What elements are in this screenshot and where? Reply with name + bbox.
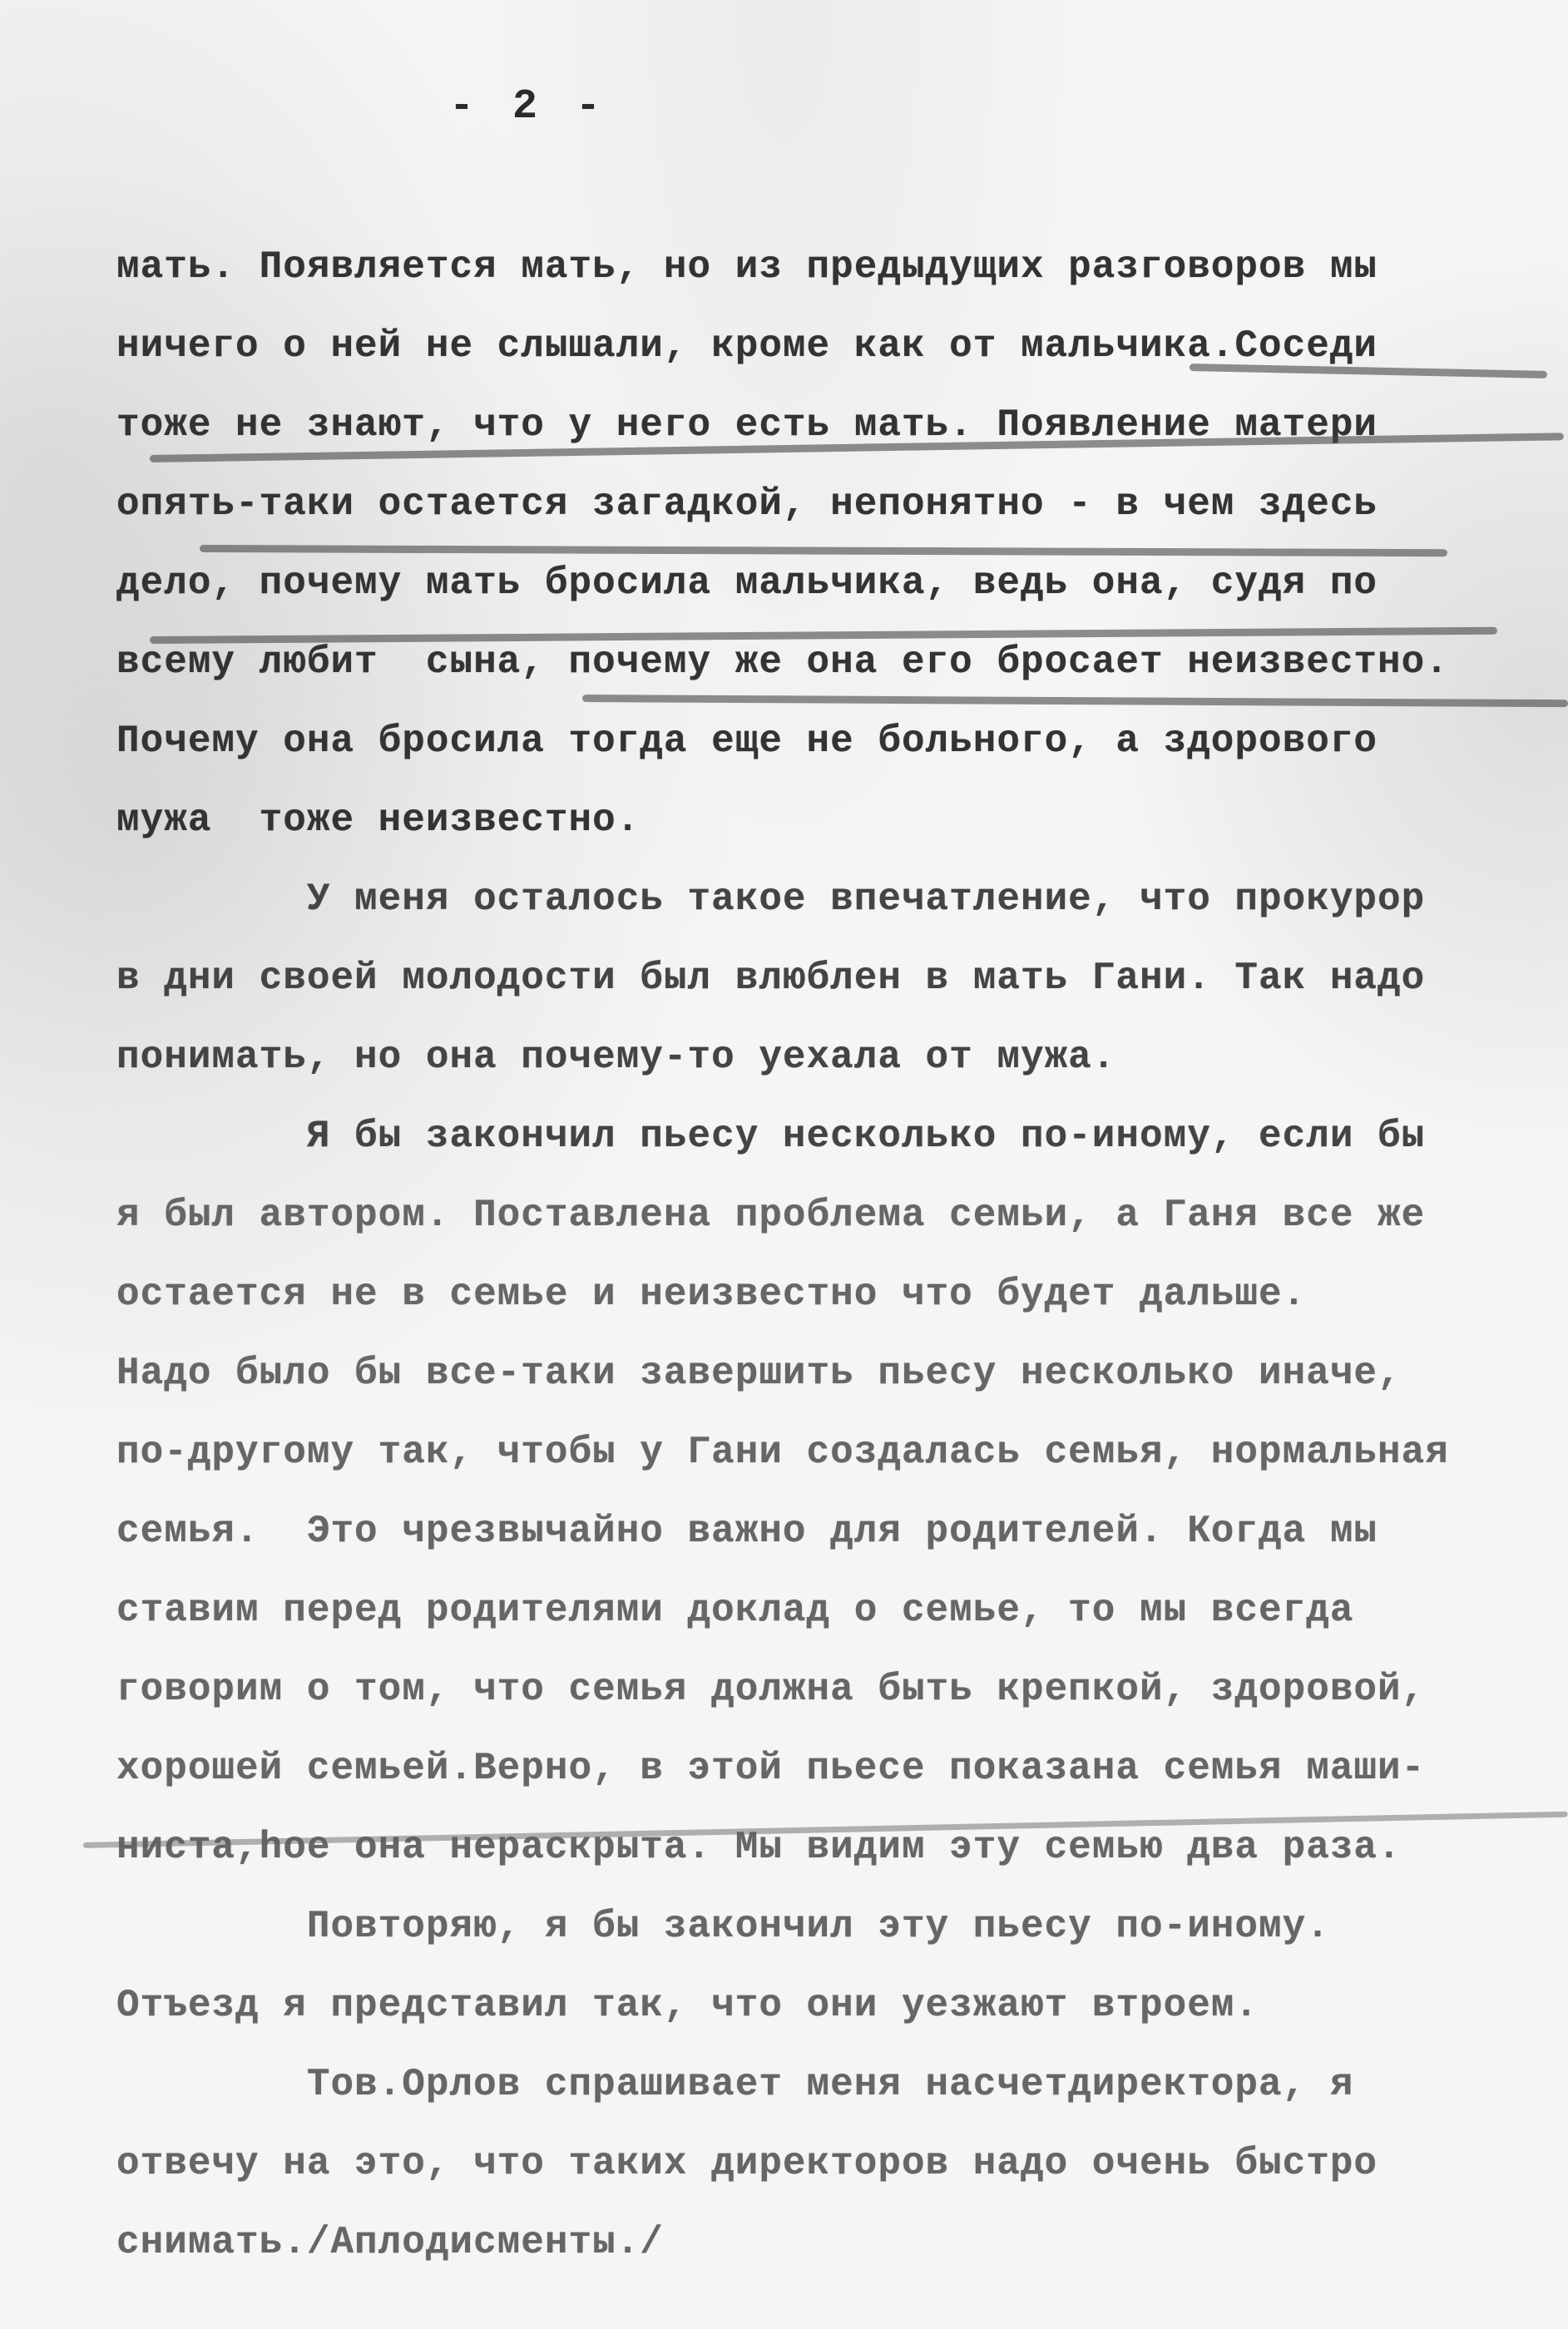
text-line: ставим перед родителями доклад о семье, … xyxy=(116,1589,1353,1632)
text-line: говорим о том, что семья должна быть кре… xyxy=(116,1668,1425,1711)
text-line: Надо было бы все-таки завершить пьесу не… xyxy=(116,1352,1402,1395)
text-line: я был автором. Поставлена проблема семьи… xyxy=(116,1194,1425,1237)
text-line: хорошей семьей.Верно, в этой пьесе показ… xyxy=(116,1747,1425,1790)
text-line: дело, почему мать бросила мальчика, ведь… xyxy=(116,561,1378,605)
text-line: Тов.Орлов спрашивает меня насчетдиректор… xyxy=(116,2063,1353,2106)
text-line: остается не в семье и неизвестно что буд… xyxy=(116,1273,1306,1316)
text-line: Почему она бросила тогда еще не больного… xyxy=(116,719,1378,763)
text-line: У меня осталось такое впечатление, что п… xyxy=(116,878,1425,921)
text-line: ничего о ней не слышали, кроме как от ма… xyxy=(116,324,1378,368)
text-line: опять-таки остается загадкой, непонятно … xyxy=(116,482,1378,526)
text-line: снимать./Аплодисменты./ xyxy=(116,2221,664,2264)
text-line: Повторяю, я бы закончил эту пьесу по-ино… xyxy=(116,1905,1330,1948)
text-line: всему любит сына, почему же она его брос… xyxy=(116,640,1449,684)
pencil-underline xyxy=(200,545,1447,556)
text-line: мужа тоже неизвестно. xyxy=(116,799,640,842)
text-line: отвечу на это, что таких директоров надо… xyxy=(116,2142,1378,2185)
text-line: по-другому так, чтобы у Гани создалась с… xyxy=(116,1431,1449,1474)
text-line: мать. Появляется мать, но из предыдущих … xyxy=(116,245,1378,289)
text-line: Отъезд я представил так, что они уезжают… xyxy=(116,1984,1259,2027)
pencil-underline xyxy=(582,695,1568,707)
text-line: Я бы закончил пьесу несколько по-иному, … xyxy=(116,1115,1425,1158)
text-line: семья. Это чрезвычайно важно для родител… xyxy=(116,1510,1378,1553)
document-page: - 2 - мать. Появляется мать, но из преды… xyxy=(0,0,1568,2329)
text-line: в дни своей молодости был влюблен в мать… xyxy=(116,957,1425,1000)
page-number: - 2 - xyxy=(449,83,607,131)
text-line: понимать, но она почему-то уехала от муж… xyxy=(116,1036,1115,1079)
